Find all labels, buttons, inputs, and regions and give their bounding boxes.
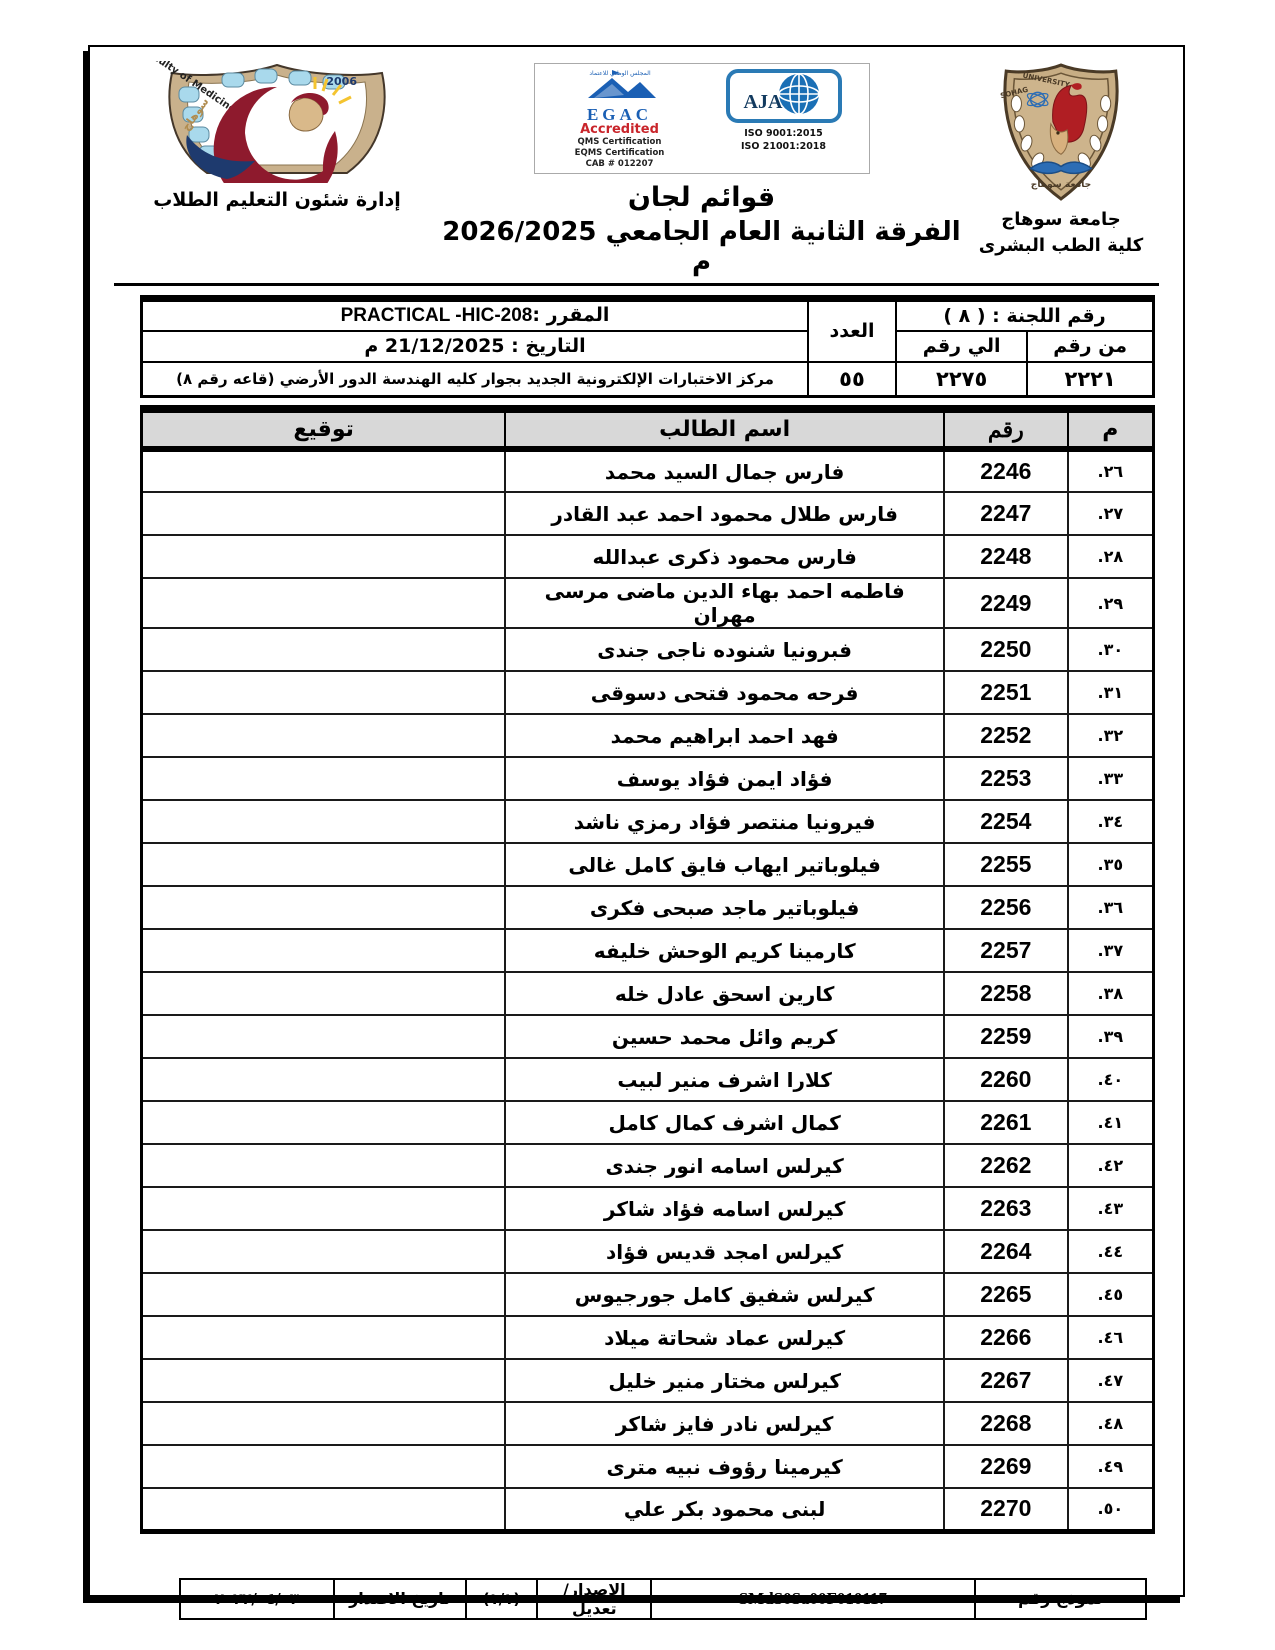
table-row: .٣٧ 2257 كارمينا كريم الوحش خليفه <box>142 929 1154 972</box>
table-row: .٢٩ 2249 فاطمه احمد بهاء الدين ماضى مرسى… <box>142 578 1154 628</box>
table-row: .٢٧ 2247 فارس طلال محمود احمد عبد القادر <box>142 492 1154 535</box>
row-student-name: فارس جمال السيد محمد <box>505 449 944 492</box>
faculty-of-medicine-logo-icon: 2006 Faculty of Medicine سوهاج <box>127 61 427 183</box>
row-student-name: كارمينا كريم الوحش خليفه <box>505 929 944 972</box>
row-serial: .٤٥ <box>1068 1273 1154 1316</box>
table-row: .٤٨ 2268 كيرلس نادر فايز شاكر <box>142 1402 1154 1445</box>
egac-arabic-text: المجلس الوطني للاعتماد <box>589 70 651 77</box>
row-serial: .٣٤ <box>1068 800 1154 843</box>
row-student-name: كيرلس شفيق كامل جورجيوس <box>505 1273 944 1316</box>
row-serial: .٣٠ <box>1068 628 1154 671</box>
table-header-row: م رقم اسم الطالب توقيع <box>142 409 1154 449</box>
row-serial: .٤٨ <box>1068 1402 1154 1445</box>
aja-iso-line: ISO 21001:2018 <box>709 141 859 154</box>
table-row: .٤٩ 2269 كيرمينا رؤوف نبيه مترى <box>142 1445 1154 1488</box>
row-seat-number: 2265 <box>944 1273 1068 1316</box>
course-label: المقرر : <box>532 304 609 326</box>
row-signature-cell <box>142 671 506 714</box>
table-row: .٢٨ 2248 فارس محمود ذكرى عبدالله <box>142 535 1154 578</box>
form-number-code: SMdS0Sa00F010117 <box>651 1579 974 1619</box>
row-signature-cell <box>142 929 506 972</box>
row-serial: .٢٩ <box>1068 578 1154 628</box>
row-serial: .٣٨ <box>1068 972 1154 1015</box>
row-seat-number: 2269 <box>944 1445 1068 1488</box>
form-footer-table: نموذج رقم SMdS0Sa00F010117 الاصدار/تعديل… <box>179 1578 1147 1620</box>
row-signature-cell <box>142 1187 506 1230</box>
row-signature-cell <box>142 1402 506 1445</box>
row-seat-number: 2267 <box>944 1359 1068 1402</box>
row-student-name: كيرلس عماد شحاتة ميلاد <box>505 1316 944 1359</box>
student-affairs-caption: إدارة شئون التعليم الطلاب <box>112 189 442 211</box>
course-cell: المقرر :PRACTICAL -HIC-208 <box>142 299 809 331</box>
row-seat-number: 2257 <box>944 929 1068 972</box>
row-student-name: كيرلس امجد قديس فؤاد <box>505 1230 944 1273</box>
row-serial: .٤٤ <box>1068 1230 1154 1273</box>
row-student-name: كارين اسحق عادل خله <box>505 972 944 1015</box>
signature-column-header: توقيع <box>142 409 506 449</box>
row-serial: .٤١ <box>1068 1101 1154 1144</box>
table-row: .٣٠ 2250 فبرونيا شنوده ناجى جندى <box>142 628 1154 671</box>
row-seat-number: 2258 <box>944 972 1068 1015</box>
from-number-value: ٢٢٢١ <box>1027 362 1153 397</box>
university-name: جامعة سوهاج <box>961 207 1161 233</box>
row-seat-number: 2260 <box>944 1058 1068 1101</box>
row-serial: .٤٧ <box>1068 1359 1154 1402</box>
page-frame: SOHAG UNIVERSITY جامعة سوهاج جامعة سوهاج… <box>88 45 1185 1597</box>
row-student-name: فبرونيا شنوده ناجى جندى <box>505 628 944 671</box>
row-seat-number: 2253 <box>944 757 1068 800</box>
row-student-name: فاطمه احمد بهاء الدين ماضى مرسى مهران <box>505 578 944 628</box>
row-serial: .٤٣ <box>1068 1187 1154 1230</box>
table-row: .٤٥ 2265 كيرلس شفيق كامل جورجيوس <box>142 1273 1154 1316</box>
table-row: .٤٦ 2266 كيرلس عماد شحاتة ميلاد <box>142 1316 1154 1359</box>
row-student-name: فيرونيا منتصر فؤاد رمزي ناشد <box>505 800 944 843</box>
row-serial: .٢٨ <box>1068 535 1154 578</box>
student-name-column-header: اسم الطالب <box>505 409 944 449</box>
row-signature-cell <box>142 714 506 757</box>
egac-name: EGAC <box>545 106 695 123</box>
to-number-header-cell: الي رقم <box>896 331 1027 362</box>
row-seat-number: 2262 <box>944 1144 1068 1187</box>
table-row: .٤٢ 2262 كيرلس اسامه انور جندى <box>142 1144 1154 1187</box>
page-subtitle: الفرقة الثانية العام الجامعي 2026/2025 م <box>442 217 961 277</box>
egac-accredited: Accredited <box>545 123 695 137</box>
row-student-name: كيرلس اسامه فؤاد شاكر <box>505 1187 944 1230</box>
header-divider <box>114 283 1159 286</box>
table-row: .٤١ 2261 كمال اشرف كمال كامل <box>142 1101 1154 1144</box>
row-serial: .٣٩ <box>1068 1015 1154 1058</box>
row-serial: .٤٠ <box>1068 1058 1154 1101</box>
row-seat-number: 2264 <box>944 1230 1068 1273</box>
course-code: PRACTICAL -HIC-208 <box>341 305 533 326</box>
row-seat-number: 2246 <box>944 449 1068 492</box>
table-row: .٣٤ 2254 فيرونيا منتصر فؤاد رمزي ناشد <box>142 800 1154 843</box>
row-signature-cell <box>142 1144 506 1187</box>
serial-column-header: م <box>1068 409 1154 449</box>
row-student-name: كيرلس مختار منير خليل <box>505 1359 944 1402</box>
aja-logo-icon: AJA <box>725 68 843 124</box>
faculty-logo-block: 2006 Faculty of Medicine سوهاج إدارة شئو… <box>112 61 442 211</box>
row-signature-cell <box>142 1015 506 1058</box>
table-row: .٤٣ 2263 كيرلس اسامه فؤاد شاكر <box>142 1187 1154 1230</box>
row-student-name: فؤاد ايمن فؤاد يوسف <box>505 757 944 800</box>
row-signature-cell <box>142 578 506 628</box>
row-signature-cell <box>142 1359 506 1402</box>
row-student-name: كريم وائل محمد حسين <box>505 1015 944 1058</box>
egac-logo-block: المجلس الوطني للاعتماد EGAC Accredited Q… <box>545 68 695 169</box>
row-signature-cell <box>142 1273 506 1316</box>
table-row: .٣٩ 2259 كريم وائل محمد حسين <box>142 1015 1154 1058</box>
row-student-name: فرحه محمود فتحى دسوقى <box>505 671 944 714</box>
row-serial: .٤٢ <box>1068 1144 1154 1187</box>
form-number-label: نموذج رقم <box>975 1579 1147 1619</box>
row-seat-number: 2256 <box>944 886 1068 929</box>
issue-revision-value: (١/١) <box>466 1579 538 1619</box>
aja-logo-block: AJA ISO 9001:2015 ISO 21001:2018 <box>709 68 859 154</box>
row-serial: .٣٢ <box>1068 714 1154 757</box>
row-serial: .٣١ <box>1068 671 1154 714</box>
row-signature-cell <box>142 1316 506 1359</box>
row-signature-cell <box>142 886 506 929</box>
row-signature-cell <box>142 1230 506 1273</box>
header-center: المجلس الوطني للاعتماد EGAC Accredited Q… <box>442 61 961 277</box>
aja-iso-line: ISO 9001:2015 <box>709 128 859 141</box>
row-student-name: كيرمينا رؤوف نبيه مترى <box>505 1445 944 1488</box>
table-row: .٣٣ 2253 فؤاد ايمن فؤاد يوسف <box>142 757 1154 800</box>
table-row: .٥٠ 2270 لبنى محمود بكر علي <box>142 1488 1154 1531</box>
row-seat-number: 2249 <box>944 578 1068 628</box>
logo-ribbon-text: جامعة سوهاج <box>1031 180 1091 190</box>
row-serial: .٤٩ <box>1068 1445 1154 1488</box>
row-serial: .٣٣ <box>1068 757 1154 800</box>
row-seat-number: 2252 <box>944 714 1068 757</box>
row-signature-cell <box>142 449 506 492</box>
row-seat-number: 2261 <box>944 1101 1068 1144</box>
row-signature-cell <box>142 1488 506 1531</box>
row-seat-number: 2268 <box>944 1402 1068 1445</box>
table-row: .٣٦ 2256 فيلوباتير ماجد صبحى فكرى <box>142 886 1154 929</box>
row-signature-cell <box>142 628 506 671</box>
row-signature-cell <box>142 800 506 843</box>
committee-info-table: رقم اللجنة : ( ٨ ) العدد المقرر :PRACTIC… <box>140 295 1155 398</box>
table-row: .٤٠ 2260 كلارا اشرف منير لبيب <box>142 1058 1154 1101</box>
aja-name: AJA <box>743 91 782 113</box>
row-student-name: فارس طلال محمود احمد عبد القادر <box>505 492 944 535</box>
faculty-name: كلية الطب البشرى <box>961 233 1161 259</box>
row-seat-number: 2251 <box>944 671 1068 714</box>
exam-date-cell: التاريخ : 21/12/2025 م <box>142 331 809 362</box>
row-signature-cell <box>142 972 506 1015</box>
university-logo-block: SOHAG UNIVERSITY جامعة سوهاج جامعة سوهاج… <box>961 61 1161 259</box>
row-seat-number: 2247 <box>944 492 1068 535</box>
egac-line: EQMS Certification <box>545 148 695 159</box>
issue-revision-label: الاصدار/تعديل <box>537 1579 651 1619</box>
row-student-name: فهد احمد ابراهيم محمد <box>505 714 944 757</box>
table-row: .٣٥ 2255 فيلوباتير ايهاب فايق كامل غالى <box>142 843 1154 886</box>
exam-location-cell: مركز الاختبارات الإلكترونية الجديد بجوار… <box>142 362 809 397</box>
row-student-name: كلارا اشرف منير لبيب <box>505 1058 944 1101</box>
row-seat-number: 2266 <box>944 1316 1068 1359</box>
row-serial: .٣٥ <box>1068 843 1154 886</box>
egac-line: CAB # 012207 <box>545 159 695 170</box>
table-row: .٣١ 2251 فرحه محمود فتحى دسوقى <box>142 671 1154 714</box>
row-signature-cell <box>142 1058 506 1101</box>
committee-number-cell: رقم اللجنة : ( ٨ ) <box>896 299 1154 331</box>
row-student-name: كيرلس اسامه انور جندى <box>505 1144 944 1187</box>
sohag-university-logo-icon: SOHAG UNIVERSITY جامعة سوهاج <box>990 61 1132 203</box>
row-student-name: لبنى محمود بكر علي <box>505 1488 944 1531</box>
count-value: ٥٥ <box>808 362 896 397</box>
row-serial: .٣٧ <box>1068 929 1154 972</box>
table-row: .٣٨ 2258 كارين اسحق عادل خله <box>142 972 1154 1015</box>
row-serial: .٢٧ <box>1068 492 1154 535</box>
row-seat-number: 2248 <box>944 535 1068 578</box>
issue-date-label: تاريخ الاصدار <box>334 1579 466 1619</box>
row-student-name: فيلوباتير ايهاب فايق كامل غالى <box>505 843 944 886</box>
issue-date-value: ٢٠٢٢/٠٤/٠٣ <box>180 1579 334 1619</box>
number-column-header: رقم <box>944 409 1068 449</box>
row-signature-cell <box>142 757 506 800</box>
certification-box: المجلس الوطني للاعتماد EGAC Accredited Q… <box>534 63 870 174</box>
table-row: .٤٧ 2267 كيرلس مختار منير خليل <box>142 1359 1154 1402</box>
row-seat-number: 2255 <box>944 843 1068 886</box>
egac-line: QMS Certification <box>545 137 695 148</box>
row-seat-number: 2270 <box>944 1488 1068 1531</box>
row-serial: .٤٦ <box>1068 1316 1154 1359</box>
row-signature-cell <box>142 535 506 578</box>
page-title: قوائم لجان <box>442 182 961 213</box>
table-row: .٤٤ 2264 كيرلس امجد قديس فؤاد <box>142 1230 1154 1273</box>
table-row: .٢٦ 2246 فارس جمال السيد محمد <box>142 449 1154 492</box>
row-serial: .٥٠ <box>1068 1488 1154 1531</box>
row-seat-number: 2259 <box>944 1015 1068 1058</box>
row-serial: .٣٦ <box>1068 886 1154 929</box>
row-seat-number: 2263 <box>944 1187 1068 1230</box>
count-header-cell: العدد <box>808 299 896 362</box>
row-signature-cell <box>142 492 506 535</box>
student-list-table: م رقم اسم الطالب توقيع .٢٦ 2246 فارس جما… <box>140 405 1155 1534</box>
to-number-value: ٢٢٧٥ <box>896 362 1027 397</box>
row-seat-number: 2250 <box>944 628 1068 671</box>
egac-logo-icon: المجلس الوطني للاعتماد <box>560 68 680 102</box>
row-serial: .٢٦ <box>1068 449 1154 492</box>
row-student-name: كمال اشرف كمال كامل <box>505 1101 944 1144</box>
row-student-name: كيرلس نادر فايز شاكر <box>505 1402 944 1445</box>
row-student-name: فارس محمود ذكرى عبدالله <box>505 535 944 578</box>
row-signature-cell <box>142 1445 506 1488</box>
student-table-body: .٢٦ 2246 فارس جمال السيد محمد .٢٧ 2247 ف… <box>142 449 1154 1531</box>
table-row: .٣٢ 2252 فهد احمد ابراهيم محمد <box>142 714 1154 757</box>
row-signature-cell <box>142 1101 506 1144</box>
row-student-name: فيلوباتير ماجد صبحى فكرى <box>505 886 944 929</box>
page-header: SOHAG UNIVERSITY جامعة سوهاج جامعة سوهاج… <box>112 61 1161 277</box>
row-seat-number: 2254 <box>944 800 1068 843</box>
row-signature-cell <box>142 843 506 886</box>
from-number-header-cell: من رقم <box>1027 331 1153 362</box>
